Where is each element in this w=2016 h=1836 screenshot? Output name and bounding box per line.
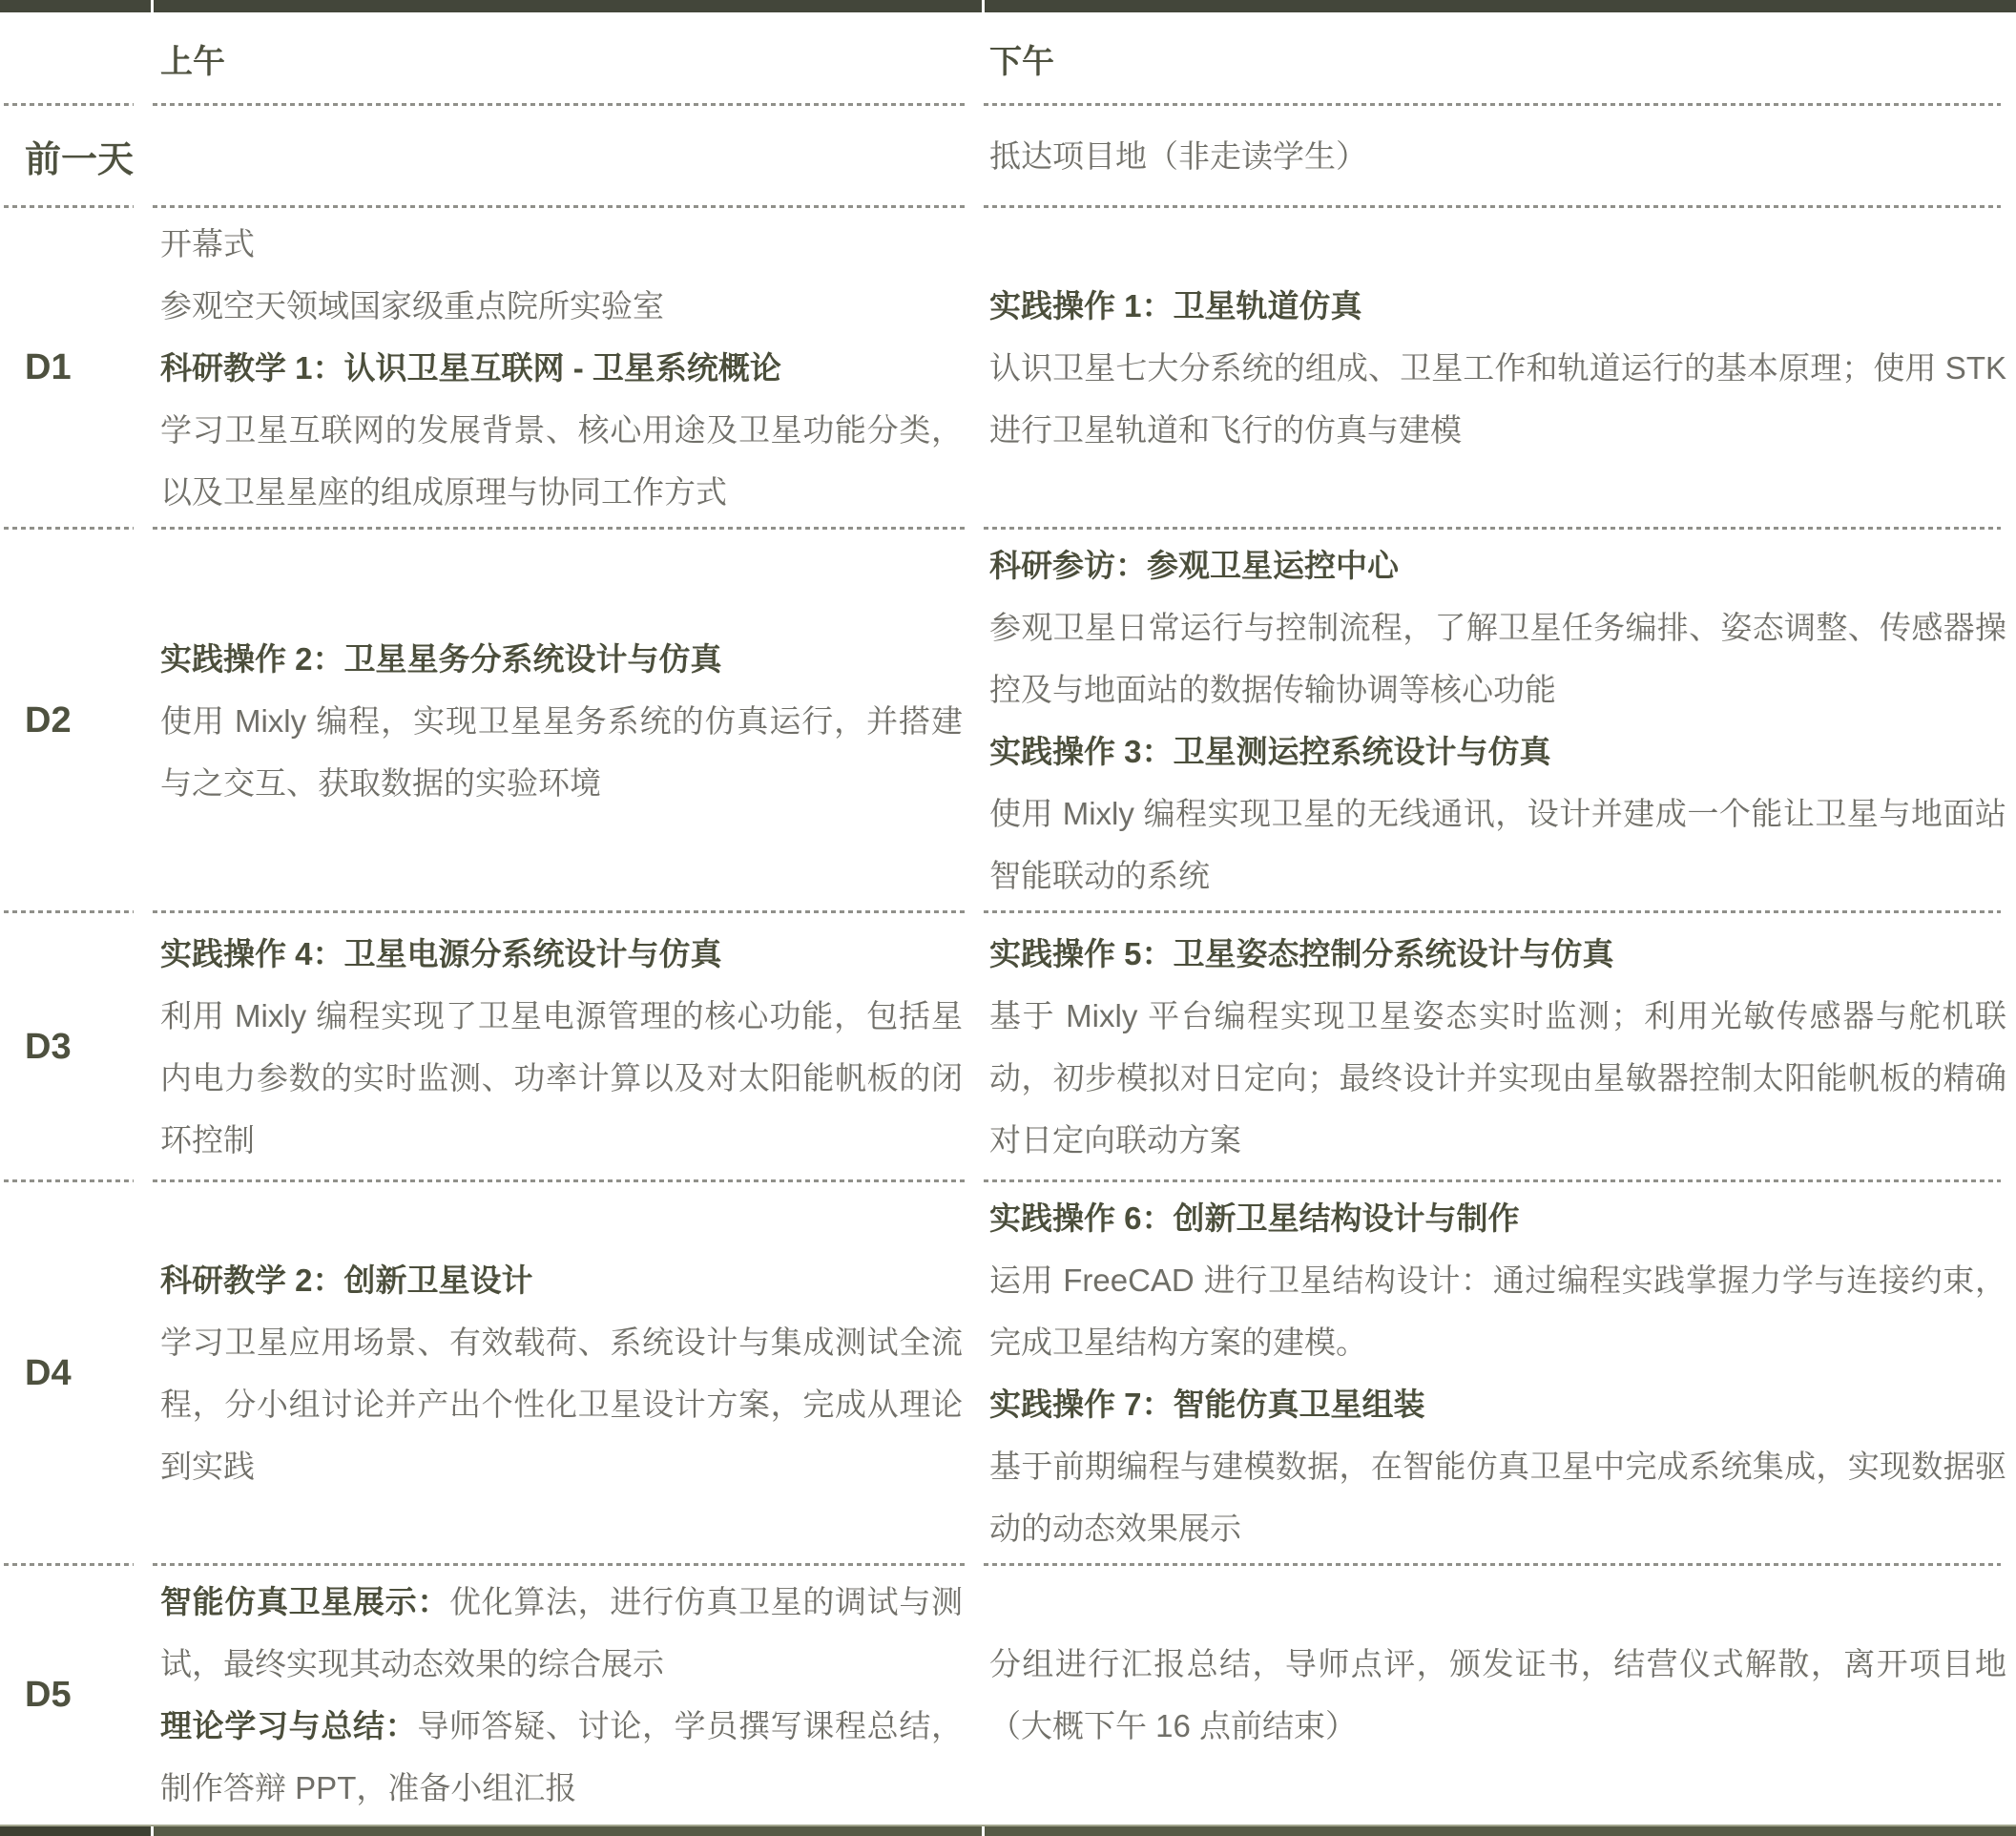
schedule-row: 前一天抵达项目地（非走读学生）	[0, 105, 2016, 207]
activity-text: 开幕式	[160, 213, 963, 275]
activity-heading: 科研教学 2：创新卫星设计	[160, 1262, 533, 1298]
activity-heading: 实践操作 7：智能仿真卫星组装	[989, 1387, 1425, 1422]
activity-text: 实践操作 5：卫星姿态控制分系统设计与仿真	[989, 923, 2006, 985]
day-label-text: D4	[25, 1353, 145, 1394]
activity-heading: 实践操作 1：卫星轨道仿真	[989, 288, 1362, 323]
activity-text: 学习卫星互联网的发展背景、核心用途及卫星功能分类，以及卫星星座的组成原理与协同工…	[160, 399, 963, 523]
afternoon-cell: 实践操作 1：卫星轨道仿真认识卫星七大分系统的组成、卫星工作和轨道运行的基本原理…	[982, 207, 2016, 529]
bottom-bar-segment	[154, 1826, 982, 1836]
day-label-text: 前一天	[25, 130, 145, 182]
activity-text: 利用 Mixly 编程实现了卫星电源管理的核心功能，包括星内电力参数的实时监测、…	[160, 985, 963, 1171]
afternoon-cell: 实践操作 5：卫星姿态控制分系统设计与仿真基于 Mixly 平台编程实现卫星姿态…	[982, 912, 2016, 1181]
activity-text: 基于 Mixly 平台编程实现卫星姿态实时监测；利用光敏传感器与舵机联动，初步模…	[989, 985, 2006, 1171]
morning-cell: 科研教学 2：创新卫星设计学习卫星应用场景、有效载荷、系统设计与集成测试全流程，…	[151, 1181, 982, 1565]
activity-text: 实践操作 2：卫星星务分系统设计与仿真	[160, 628, 963, 690]
activity-text: 使用 Mixly 编程，实现卫星星务系统的仿真运行，并搭建与之交互、获取数据的实…	[160, 690, 963, 814]
schedule-row: D3实践操作 4：卫星电源分系统设计与仿真利用 Mixly 编程实现了卫星电源管…	[0, 912, 2016, 1181]
schedule-row: D2实践操作 2：卫星星务分系统设计与仿真使用 Mixly 编程，实现卫星星务系…	[0, 529, 2016, 912]
day-label-text: D3	[25, 1027, 145, 1068]
header-row: 上午 下午	[0, 12, 2016, 105]
activity-heading: 科研教学 1：认识卫星互联网 - 卫星系统概论	[160, 350, 781, 386]
activity-text: 使用 Mixly 编程实现卫星的无线通讯，设计并建成一个能让卫星与地面站智能联动…	[989, 782, 2006, 907]
bottom-bar-segment	[985, 1826, 2016, 1836]
schedule-table: 上午 下午 前一天抵达项目地（非走读学生）D1开幕式参观空天领域国家级重点院所实…	[0, 0, 2016, 1836]
activity-text: 运用 FreeCAD 进行卫星结构设计：通过编程实践掌握力学与连接约束，完成卫星…	[989, 1249, 2006, 1373]
afternoon-cell: 分组进行汇报总结，导师点评，颁发证书，结营仪式解散，离开项目地（大概下午 16 …	[982, 1565, 2016, 1825]
bottom-bar-segment	[0, 1826, 151, 1836]
activity-text: 理论学习与总结：导师答疑、讨论，学员撰写课程总结，制作答辩 PPT，准备小组汇报	[160, 1695, 963, 1819]
activity-text: 分组进行汇报总结，导师点评，颁发证书，结营仪式解散，离开项目地（大概下午 16 …	[989, 1633, 2006, 1757]
top-border-bar	[0, 0, 2016, 12]
activity-text: 科研参访：参观卫星运控中心	[989, 534, 2006, 596]
activity-text: 实践操作 6：创新卫星结构设计与制作	[989, 1187, 2006, 1249]
top-bar-segment	[0, 0, 151, 12]
afternoon-cell: 抵达项目地（非走读学生）	[982, 105, 2016, 207]
schedule-row: D5智能仿真卫星展示：优化算法，进行仿真卫星的调试与测试，最终实现其动态效果的综…	[0, 1565, 2016, 1825]
schedule-rows: 前一天抵达项目地（非走读学生）D1开幕式参观空天领域国家级重点院所实验室科研教学…	[0, 105, 2016, 1825]
top-bar-segment	[985, 0, 2016, 12]
activity-text: 智能仿真卫星展示：优化算法，进行仿真卫星的调试与测试，最终实现其动态效果的综合展…	[160, 1571, 963, 1695]
day-label-text: D2	[25, 700, 145, 741]
morning-cell: 实践操作 4：卫星电源分系统设计与仿真利用 Mixly 编程实现了卫星电源管理的…	[151, 912, 982, 1181]
activity-text: 抵达项目地（非走读学生）	[989, 125, 2006, 187]
morning-cell: 实践操作 2：卫星星务分系统设计与仿真使用 Mixly 编程，实现卫星星务系统的…	[151, 529, 982, 912]
morning-cell: 开幕式参观空天领域国家级重点院所实验室科研教学 1：认识卫星互联网 - 卫星系统…	[151, 207, 982, 529]
top-bar-segment	[154, 0, 982, 12]
schedule-row: D1开幕式参观空天领域国家级重点院所实验室科研教学 1：认识卫星互联网 - 卫星…	[0, 207, 2016, 529]
activity-text: 参观卫星日常运行与控制流程，了解卫星任务编排、姿态调整、传感器操控及与地面站的数…	[989, 596, 2006, 720]
activity-heading: 实践操作 3：卫星测运控系统设计与仿真	[989, 734, 1551, 769]
morning-cell: 智能仿真卫星展示：优化算法，进行仿真卫星的调试与测试，最终实现其动态效果的综合展…	[151, 1565, 982, 1825]
activity-text: 科研教学 2：创新卫星设计	[160, 1249, 963, 1311]
day-label: D3	[0, 912, 151, 1181]
activity-heading: 智能仿真卫星展示：	[160, 1584, 449, 1619]
day-label-text: D5	[25, 1675, 145, 1716]
activity-heading: 实践操作 6：创新卫星结构设计与制作	[989, 1200, 1520, 1236]
bottom-border-bar	[0, 1825, 2016, 1836]
day-label: D2	[0, 529, 151, 912]
activity-text: 实践操作 1：卫星轨道仿真	[989, 275, 2006, 337]
activity-text: 科研教学 1：认识卫星互联网 - 卫星系统概论	[160, 337, 963, 399]
activity-text: 实践操作 4：卫星电源分系统设计与仿真	[160, 923, 963, 985]
day-label: D1	[0, 207, 151, 529]
day-label: 前一天	[0, 105, 151, 207]
day-label: D4	[0, 1181, 151, 1565]
activity-text: 实践操作 3：卫星测运控系统设计与仿真	[989, 720, 2006, 782]
activity-heading: 实践操作 2：卫星星务分系统设计与仿真	[160, 641, 722, 677]
activity-heading: 实践操作 5：卫星姿态控制分系统设计与仿真	[989, 936, 1614, 971]
header-day-cell	[0, 12, 151, 105]
day-label-text: D1	[25, 347, 145, 388]
afternoon-cell: 实践操作 6：创新卫星结构设计与制作运用 FreeCAD 进行卫星结构设计：通过…	[982, 1181, 2016, 1565]
header-morning-cell: 上午	[151, 12, 982, 105]
header-afternoon-cell: 下午	[982, 12, 2016, 105]
activity-text: 实践操作 7：智能仿真卫星组装	[989, 1373, 2006, 1435]
morning-column-header: 上午	[160, 35, 963, 82]
afternoon-cell: 科研参访：参观卫星运控中心参观卫星日常运行与控制流程，了解卫星任务编排、姿态调整…	[982, 529, 2016, 912]
activity-heading: 实践操作 4：卫星电源分系统设计与仿真	[160, 936, 722, 971]
activity-heading: 科研参访：参观卫星运控中心	[989, 548, 1399, 583]
activity-text: 基于前期编程与建模数据，在智能仿真卫星中完成系统集成，实现数据驱动的动态效果展示	[989, 1435, 2006, 1559]
morning-cell	[151, 105, 982, 207]
activity-heading: 理论学习与总结：	[160, 1708, 417, 1743]
day-label: D5	[0, 1565, 151, 1825]
schedule-row: D4科研教学 2：创新卫星设计学习卫星应用场景、有效载荷、系统设计与集成测试全流…	[0, 1181, 2016, 1565]
activity-text: 参观空天领域国家级重点院所实验室	[160, 275, 963, 337]
activity-text: 学习卫星应用场景、有效载荷、系统设计与集成测试全流程，分小组讨论并产出个性化卫星…	[160, 1311, 963, 1497]
activity-text: 认识卫星七大分系统的组成、卫星工作和轨道运行的基本原理；使用 STK 进行卫星轨…	[989, 337, 2006, 461]
afternoon-column-header: 下午	[989, 35, 2006, 82]
